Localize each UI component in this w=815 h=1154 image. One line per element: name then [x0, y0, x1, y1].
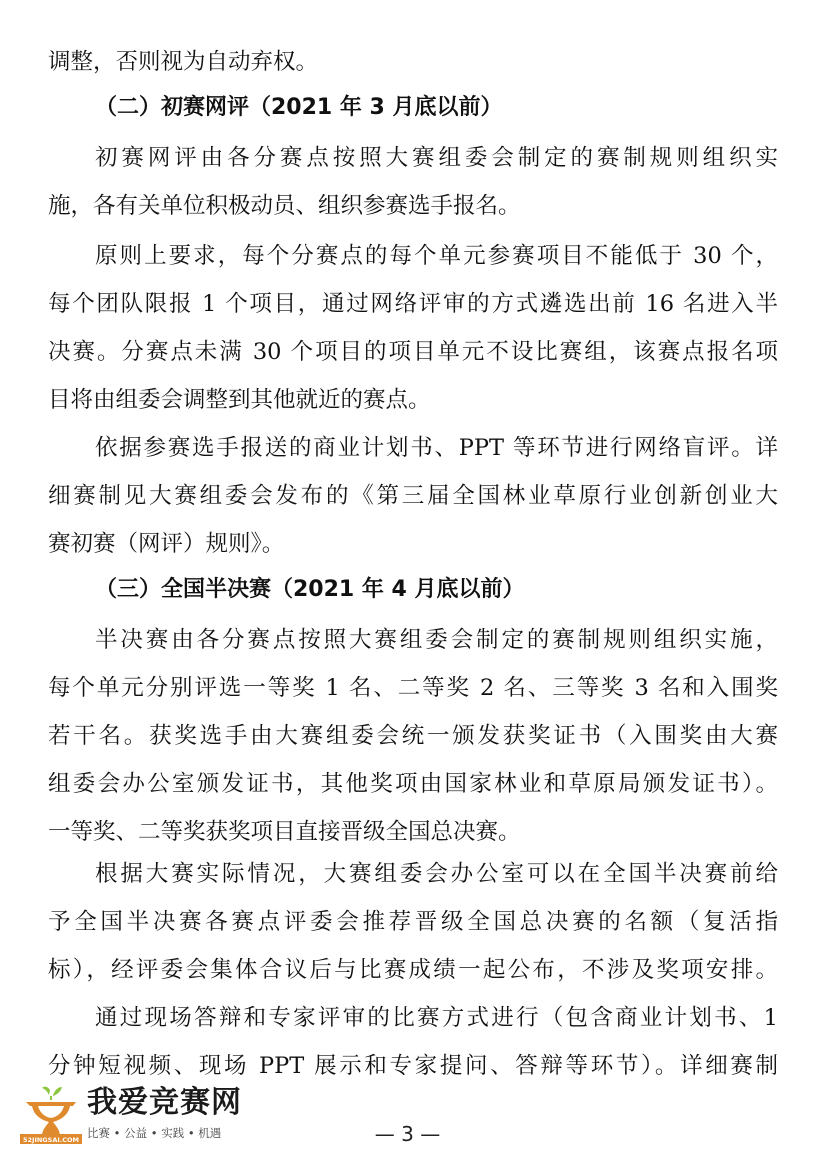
paragraph-line: 依据参赛选手报送的商业计划书、PPT 等环节进行网络盲评。详 — [95, 433, 778, 463]
section-heading: （三）全国半决赛（2021 年 4 月底以前） — [95, 575, 525, 605]
paragraph-line: 赛初赛（网评）规则》。 — [48, 529, 778, 559]
paragraph-line: 目将由组委会调整到其他就近的赛点。 — [48, 385, 778, 415]
paragraph-line: 半决赛由各分赛点按照大赛组委会制定的赛制规则组织实施， — [95, 625, 778, 655]
paragraph-line: 每个单元分别评选一等奖 1 名、二等奖 2 名、三等奖 3 名和入围奖 — [48, 673, 778, 703]
paragraph-line: 根据大赛实际情况，大赛组委会办公室可以在全国半决赛前给 — [95, 859, 778, 889]
logo-title: 我爱竞赛网 — [87, 1086, 242, 1120]
section-heading: （二）初赛网评（2021 年 3 月底以前） — [95, 93, 503, 123]
page-number: — 3 — — [0, 1122, 815, 1146]
paragraph-line: 标），经评委会集体合议后与比赛成绩一起公布，不涉及奖项安排。 — [48, 955, 778, 985]
paragraph-line: 分钟短视频、现场 PPT 展示和专家提问、答辩等环节）。详细赛制 — [48, 1051, 778, 1081]
paragraph-line: 原则上要求，每个分赛点的每个单元参赛项目不能低于 30 个， — [95, 241, 778, 271]
paragraph-line: 一等奖、二等奖获奖项目直接晋级全国总决赛。 — [48, 817, 778, 847]
paragraph-line: 若干名。获奖选手由大赛组委会统一颁发获奖证书（入围奖由大赛 — [48, 721, 778, 751]
paragraph-line: 通过现场答辩和专家评审的比赛方式进行（包含商业计划书、1 — [95, 1003, 778, 1033]
paragraph-line: 每个团队限报 1 个项目，通过网络评审的方式遴选出前 16 名进入半 — [48, 289, 778, 319]
document-page: 调整，否则视为自动弃权。（二）初赛网评（2021 年 3 月底以前）初赛网评由各… — [0, 0, 815, 1154]
paragraph-line: 调整，否则视为自动弃权。 — [48, 47, 778, 77]
paragraph-line: 初赛网评由各分赛点按照大赛组委会制定的赛制规则组织实 — [95, 143, 778, 173]
paragraph-line: 施，各有关单位积极动员、组织参赛选手报名。 — [48, 191, 778, 221]
paragraph-line: 决赛。分赛点未满 30 个项目的项目单元不设比赛组，该赛点报名项 — [48, 337, 778, 367]
paragraph-line: 细赛制见大赛组委会发布的《第三届全国林业草原行业创新创业大 — [48, 481, 778, 511]
paragraph-line: 予全国半决赛各赛点评委会推荐晋级全国总决赛的名额（复活指 — [48, 907, 778, 937]
paragraph-line: 组委会办公室颁发证书，其他奖项由国家林业和草原局颁发证书）。 — [48, 769, 778, 799]
